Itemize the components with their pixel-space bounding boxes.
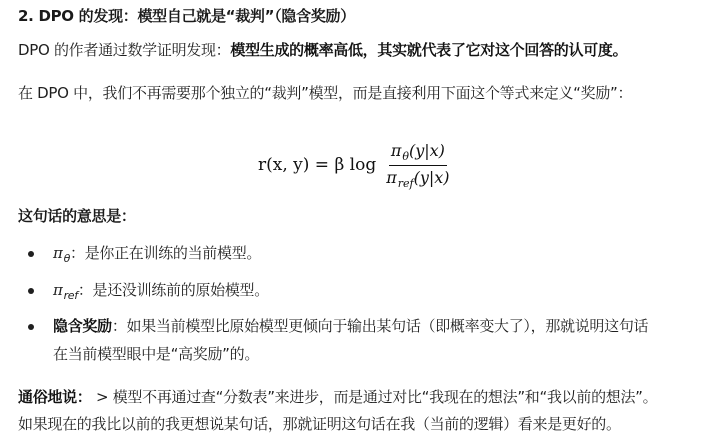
- pi-symbol: π: [53, 281, 63, 299]
- reward-definition-paragraph: 在 DPO 中，我们不再需要那个独立的“裁判”模型，而是直接利用下面这个等式来定…: [18, 83, 632, 103]
- bullet-item-pi-ref: πref：是还没训练前的原始模型。: [53, 280, 269, 302]
- formula-numerator: πθ(y|x): [389, 141, 447, 166]
- theta-subscript: θ: [402, 150, 409, 163]
- numerator-argument: (y|x): [409, 141, 445, 160]
- bullet-text: ：是你正在训练的当前模型。: [70, 244, 261, 262]
- bullet-dot-icon: [28, 324, 34, 330]
- pi-symbol: π: [391, 141, 402, 160]
- pi-symbol: π: [53, 244, 63, 262]
- formula-fraction: πθ(y|x) πref(y|x): [384, 141, 451, 190]
- bullet-text: ：是还没训练前的原始模型。: [78, 281, 269, 299]
- formula-denominator: πref(y|x): [384, 166, 451, 190]
- plain-talk-label: 通俗地说：: [18, 388, 92, 406]
- formula-lhs: r(x, y) = β log: [258, 155, 376, 175]
- bullet-text-line2: 在当前模型眼中是“高奖励”的。: [53, 344, 259, 364]
- denominator-argument: (y|x): [414, 168, 450, 187]
- implicit-reward-label: 隐含奖励: [53, 317, 112, 335]
- bullet-item-pi-theta: πθ：是你正在训练的当前模型。: [53, 243, 261, 265]
- bullet-item-implicit-reward: 隐含奖励：如果当前模型比原始模型更倾向于输出某句话（即概率变大了），那就说明这句…: [53, 316, 648, 336]
- ref-subscript: ref: [64, 289, 78, 302]
- bullet-dot-icon: [28, 288, 34, 294]
- section-heading: 2. DPO 的发现：模型自己就是“裁判”（隐含奖励）: [18, 6, 355, 26]
- bullet-text-line1: ：如果当前模型比原始模型更倾向于输出某句话（即概率变大了），那就说明这句话: [112, 317, 648, 335]
- dpo-reward-formula: r(x, y) = β log πθ(y|x) πref(y|x): [258, 140, 452, 190]
- document-body: 2. DPO 的发现：模型自己就是“裁判”（隐含奖励） DPO 的作者通过数学证…: [0, 0, 719, 446]
- intro-text: DPO 的作者通过数学证明发现：: [18, 41, 230, 59]
- plain-talk-paragraph: 通俗地说： > 模型不再通过查“分数表”来进步，而是通过对比“我现在的想法”和“…: [18, 387, 657, 407]
- ref-subscript: ref: [398, 177, 414, 190]
- pi-symbol: π: [386, 168, 397, 187]
- intro-paragraph: DPO 的作者通过数学证明发现：模型生成的概率高低，其实就代表了它对这个回答的认…: [18, 40, 627, 60]
- bullet-dot-icon: [28, 251, 34, 257]
- intro-bold-text: 模型生成的概率高低，其实就代表了它对这个回答的认可度。: [230, 41, 627, 59]
- plain-talk-line2: 如果现在的我比以前的我更想说某句话，那就证明这句话在我（当前的逻辑）看来是更好的…: [18, 414, 621, 434]
- meaning-heading: 这句话的意思是：: [18, 206, 136, 226]
- plain-talk-line1: > 模型不再通过查“分数表”来进步，而是通过对比“我现在的想法”和“我以前的想法…: [92, 388, 658, 406]
- theta-subscript: θ: [64, 252, 70, 265]
